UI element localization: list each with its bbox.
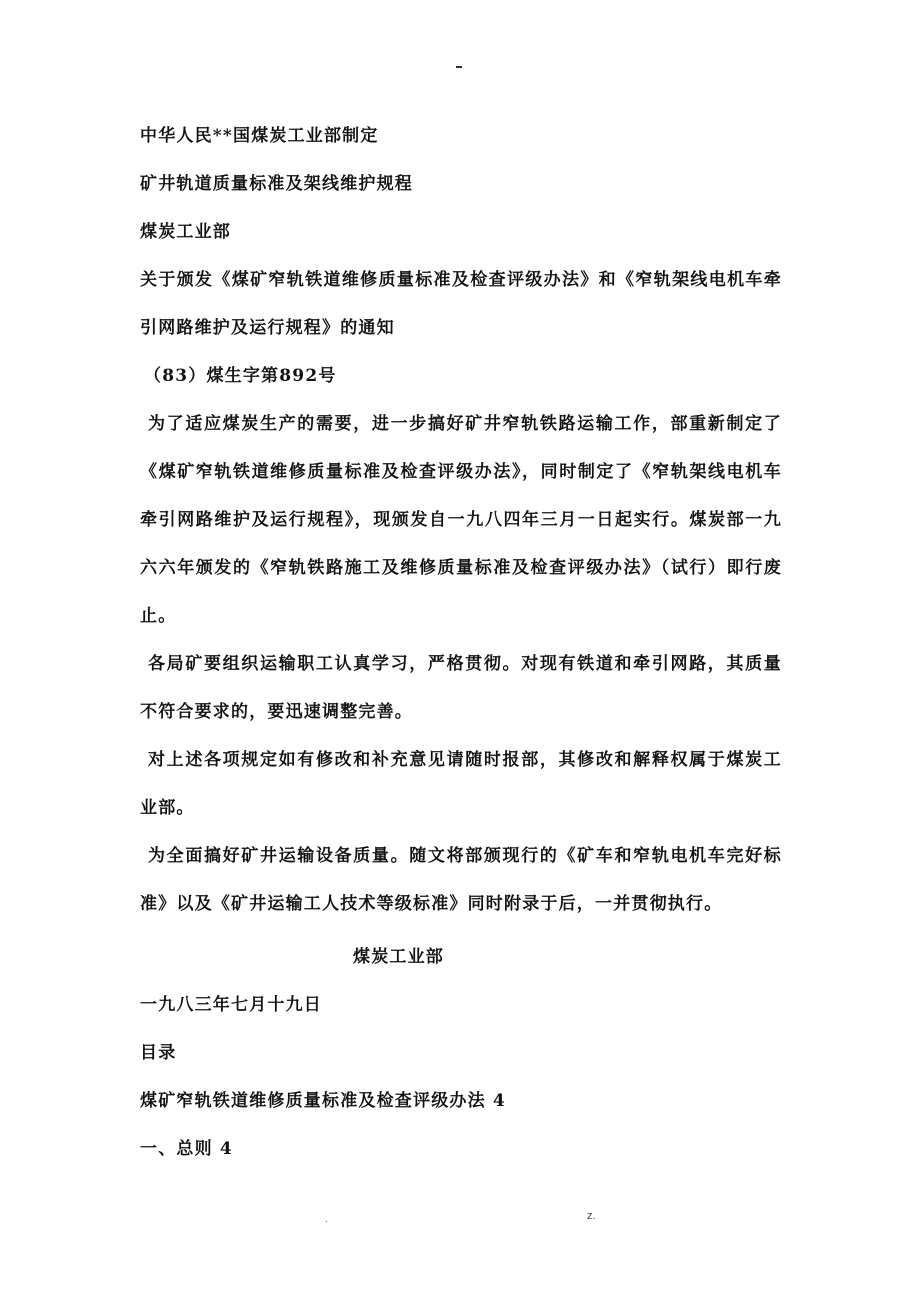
header-mark bbox=[456, 66, 462, 68]
paragraph-2-line-1: 各局矿要组织运输职工认真学习，严格贯彻。对现有铁道和牵引网路，其质量 bbox=[148, 652, 782, 676]
ministry-name: 煤炭工业部 bbox=[140, 220, 231, 244]
paragraph-1-line-5: 止。 bbox=[140, 604, 176, 628]
document-number: （83）煤生字第892号 bbox=[144, 364, 337, 388]
paragraph-1-line-1: 为了适应煤炭生产的需要，进一步搞好矿井窄轨铁路运输工作，部重新制定了 bbox=[148, 412, 782, 436]
notice-title-line-1: 关于颁发《煤矿窄轨铁道维修质量标准及检查评级办法》和《窄轨架线电机车牵 bbox=[140, 268, 782, 292]
paragraph-3-line-1: 对上述各项规定如有修改和补充意见请随时报部，其修改和解释权属于煤炭工 bbox=[148, 748, 782, 772]
paragraph-1-line-4: 六六年颁发的《窄轨铁路施工及维修质量标准及检查评级办法》（试行）即行废 bbox=[140, 556, 782, 580]
paragraph-2-line-2: 不符合要求的，要迅速调整完善。 bbox=[140, 700, 413, 724]
footer-left-mark: . bbox=[325, 1214, 328, 1225]
paragraph-4-line-2: 准》以及《矿井运输工人技术等级标准》同时附录于后，一并贯彻执行。 bbox=[140, 892, 722, 916]
document-title: 矿井轨道质量标准及架线维护规程 bbox=[140, 172, 413, 196]
notice-title-line-2: 引网路维护及运行规程》的通知 bbox=[140, 316, 395, 340]
footer-right-mark: z. bbox=[587, 1210, 596, 1222]
paragraph-1-line-2: 《煤矿窄轨铁道维修质量标准及检查评级办法》，同时制定了《窄轨架线电机车 bbox=[140, 460, 782, 484]
toc-item-1[interactable]: 煤矿窄轨铁道维修质量标准及检查评级办法 4 bbox=[140, 1089, 506, 1113]
paragraph-1-line-3: 牵引网路维护及运行规程》，现颁发自一九八四年三月一日起实行。煤炭部一九 bbox=[140, 508, 782, 532]
issuer-line: 中华人民**国煤炭工业部制定 bbox=[140, 124, 379, 148]
signature-ministry: 煤炭工业部 bbox=[353, 945, 444, 969]
paragraph-4-line-1: 为全面搞好矿井运输设备质量。随文将部颁现行的《矿车和窄轨电机车完好标 bbox=[148, 844, 782, 868]
signature-date: 一九八三年七月十九日 bbox=[140, 993, 322, 1017]
toc-item-2[interactable]: 一、总则 4 bbox=[140, 1137, 233, 1161]
paragraph-3-line-2: 业部。 bbox=[140, 796, 195, 820]
toc-heading: 目录 bbox=[140, 1041, 176, 1065]
